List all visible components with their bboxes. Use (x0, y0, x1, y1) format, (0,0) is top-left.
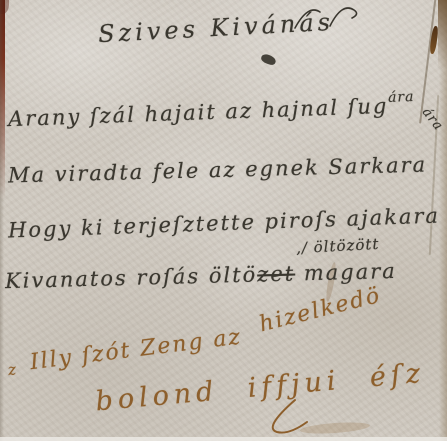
verse-line-1: Arany ſzál hajait az hajnal ſugára (8, 93, 415, 131)
interlinear-insertion: ,/ öltözött (296, 235, 380, 257)
verse-line-5-raised-word: hizelkedö (257, 283, 384, 337)
verse-line-4-post: magara (295, 259, 397, 286)
ink-blot (260, 53, 277, 66)
verse-line-4-strikethrough: zet (257, 262, 296, 287)
verse-line-5-text: Illy ſzót Zeng az (29, 324, 244, 375)
verse-line-2: Ma viradta fele az egnek Sarkara (8, 153, 428, 188)
page-crease (419, 0, 437, 124)
descender-flourish (255, 398, 325, 436)
insertion-caret: ,/ (296, 239, 309, 258)
top-right-corner-stain (438, 0, 447, 70)
verse-line-4-pre: Kivanatos roſás öltö (5, 263, 258, 294)
margin-mark: z (7, 360, 19, 379)
verse-line-1-text: Arany ſzál hajait az hajnal ſug (8, 94, 389, 131)
page-title: Szives Kivánás (97, 8, 334, 48)
left-edge-shadow (0, 0, 4, 441)
insertion-text: öltözött (313, 235, 380, 256)
verse-line-4: Kivanatos roſás öltözet magara (5, 259, 397, 293)
photo-bottom-edge (0, 437, 447, 441)
verse-line-1-superscript: ára (388, 89, 415, 106)
manuscript-page: Szives Kivánás Arany ſzál hajait az hajn… (0, 0, 447, 441)
